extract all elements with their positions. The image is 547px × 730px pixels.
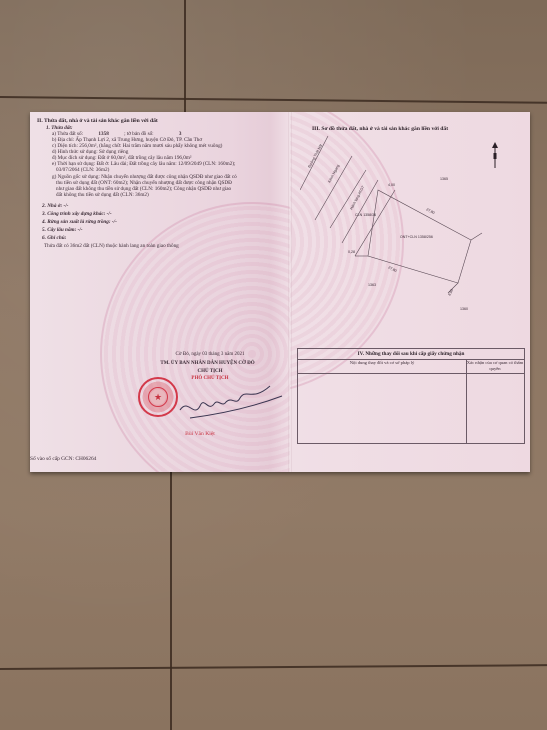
origin-line-4: đất không thu tiền sử dụng đất (CLN: 36m…: [56, 192, 149, 198]
construction-line: 3. Công trình xây dựng khác: -/-: [42, 211, 112, 217]
changes-table: IV. Những thay đổi sau khi cấp giấy chứn…: [297, 348, 525, 444]
road-label-1: Đường Thốt Nốt: [307, 144, 323, 169]
dim-b: 0,28: [348, 250, 355, 254]
road-label-3: Hành lang ATGT: [349, 184, 365, 210]
cardboard-seam-bottom-vertical: [170, 472, 172, 730]
term-line-2: 03/07/2064 (CLN: 36m2): [56, 167, 109, 173]
dim-short: 8,95: [447, 288, 454, 296]
changes-col-content: Nội dung thay đổi và cơ sở pháp lý: [298, 359, 467, 443]
signer-name: Bùi Văn Kiệt: [150, 431, 250, 437]
handwritten-signature: [170, 378, 290, 428]
parcel-small-label: CLN 1358/36: [355, 213, 376, 217]
signature-date: Cờ Đỏ, ngày 03 tháng 3 năm 2021: [140, 352, 280, 357]
section-2-title: II. Thửa đất, nhà ở và tài sản khác gắn …: [37, 118, 158, 124]
changes-col2-header: Xác nhận của cơ quan có thẩm quyền: [466, 359, 524, 374]
changes-col-confirmation: Xác nhận của cơ quan có thẩm quyền: [466, 359, 524, 443]
dim-a: 4,00: [388, 183, 395, 187]
perennial-line: 5. Cây lâu năm: -/-: [42, 227, 83, 233]
house-line: 2. Nhà ở: -/-: [42, 203, 68, 209]
star-icon: ★: [148, 387, 168, 407]
notes-heading: 6. Ghi chú:: [42, 235, 66, 241]
registry-number: Số vào sổ cấp GCN: CH06264: [30, 456, 96, 462]
neighbor-top-label: 1365: [440, 177, 448, 181]
signature-role: CHỦ TỊCH: [160, 369, 260, 374]
forest-line: 4. Rừng sản xuất là rừng trồng: -/-: [42, 219, 117, 225]
notes-text: Thửa đất có 36m2 đất (CLN) thuộc hành la…: [44, 243, 179, 249]
road-label-2: Kênh Ngang: [327, 164, 340, 184]
changes-col1-header: Nội dung thay đổi và cơ sở pháp lý: [298, 359, 466, 374]
neighbor-bottom-label: 1360: [460, 307, 468, 311]
parcel-main-label: ONT+CLN 1358/256: [400, 235, 433, 239]
dim-long-bottom: 27,80: [388, 265, 398, 273]
signature-authority: TM. ỦY BAN NHÂN DÂN HUYỆN CỜ ĐỎ: [125, 361, 290, 366]
neighbor-left-label: 1363: [368, 283, 376, 287]
dim-long-top: 27,80: [426, 207, 436, 215]
north-arrow-icon: [491, 142, 499, 168]
cardboard-seam-top-vertical: [184, 0, 186, 112]
